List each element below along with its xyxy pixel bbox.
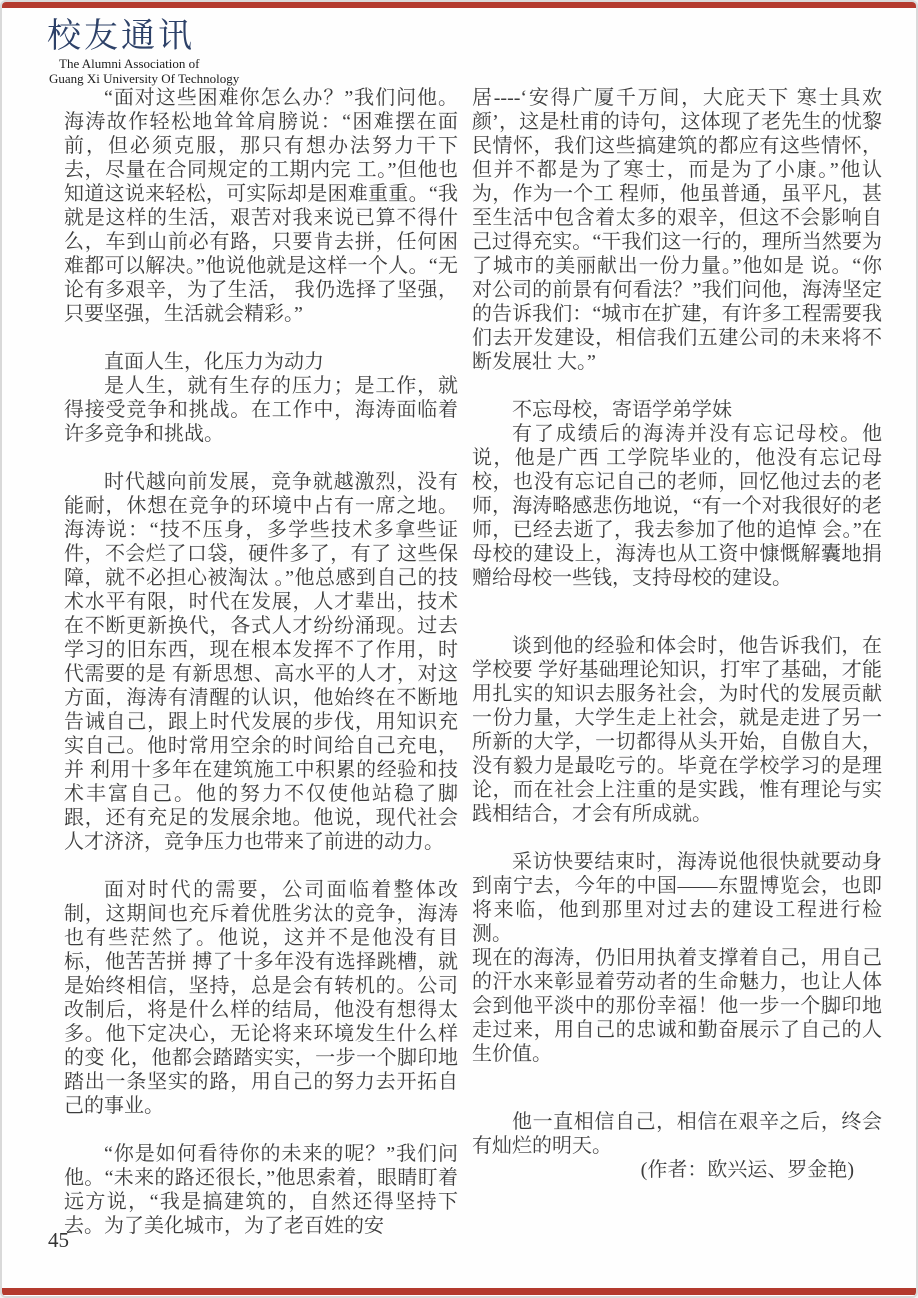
article-paragraph: 谈到他的经验和体会时，他告诉我们，在学校要 学好基础理论知识，打牢了基础，才能用… <box>472 634 882 826</box>
right-text-column: 居----‘安得广厦千万间，大庇天下 寒士具欢颜’，这是杜甫的诗句，这体现了老先… <box>472 86 882 1182</box>
section-heading: 直面人生，化压力为动力 <box>64 350 458 374</box>
author-credit: (作者：欧兴运、罗金艳) <box>472 1158 882 1182</box>
article-paragraph: 面对时代的需要，公司面临着整体改制，这期间也充斥着优胜劣汰的竞争，海涛也有些茫然… <box>64 878 458 1118</box>
top-accent-bar <box>2 2 916 8</box>
subtitle-line-2: Guang Xi University Of Technology <box>47 72 239 87</box>
newsletter-subtitle: The Alumni Association of Guang Xi Unive… <box>47 57 239 86</box>
subtitle-line-1: The Alumni Association of <box>47 57 239 72</box>
article-paragraph: “你是如何看待你的未来的呢？”我们问他。“未来的路还很长，”他思索着，眼睛盯着远… <box>64 1142 458 1238</box>
newsletter-page: 校友通讯 The Alumni Association of Guang Xi … <box>0 0 918 1298</box>
article-paragraph: “面对这些困难你怎么办？”我们问他。海涛故作轻松地耸耸肩膀说：“困难摆在面前，但… <box>64 86 458 326</box>
article-paragraph: 时代越向前发展，竞争就越激烈，没有能耐，休想在竞争的环境中占有一席之地。海涛说：… <box>64 470 458 854</box>
article-paragraph: 现在的海涛，仍旧用执着支撑着自己，用自己的汗水来彰显着劳动者的生命魅力，也让人体… <box>472 946 882 1066</box>
bottom-accent-bar <box>2 1288 916 1295</box>
newsletter-title: 校友通讯 <box>47 18 239 55</box>
masthead: 校友通讯 The Alumni Association of Guang Xi … <box>47 18 239 86</box>
left-text-column: “面对这些困难你怎么办？”我们问他。海涛故作轻松地耸耸肩膀说：“困难摆在面前，但… <box>64 86 458 1238</box>
section-heading: 不忘母校，寄语学弟学妹 <box>472 398 882 422</box>
article-paragraph: 他一直相信自己，相信在艰辛之后，终会有灿烂的明天。 <box>472 1110 882 1158</box>
article-paragraph: 是人生，就有生存的压力；是工作，就得接受竞争和挑战。在工作中，海涛面临着许多竞争… <box>64 374 458 446</box>
page-number: 45 <box>48 1228 69 1253</box>
article-paragraph: 有了成绩后的海涛并没有忘记母校。他说，他是广西 工学院毕业的，他没有忘记母校，也… <box>472 422 882 590</box>
article-paragraph: 居----‘安得广厦千万间，大庇天下 寒士具欢颜’，这是杜甫的诗句，这体现了老先… <box>472 86 882 374</box>
article-paragraph: 采访快要结束时，海涛说他很快就要动身到南宁去，今年的中国——东盟博览会，也即将来… <box>472 850 882 946</box>
